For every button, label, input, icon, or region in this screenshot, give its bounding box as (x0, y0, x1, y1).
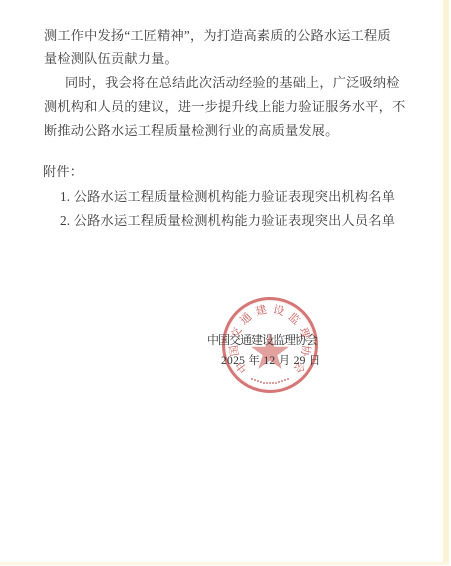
attachment-item: 1. 公路水运工程质量检测机构能力验证表现突出机构名单 (60, 190, 395, 203)
body-line: 量检测队伍贡献力量。 (44, 52, 178, 65)
body-line: 同时，我会将在总结此次活动经验的基础上，广泛吸纳检 (65, 76, 400, 89)
attachments-label: 附件： (43, 165, 83, 178)
signature-organization: 中国交通建设监理协会 (207, 334, 317, 346)
body-line: 断推动公路水运工程质量检测行业的高质量发展。 (44, 124, 339, 137)
page-edge-stripe-bottom (0, 562, 449, 565)
body-line: 测机构和人员的建议，进一步提升线上能力验证服务水平，不 (44, 100, 405, 113)
page-edge-stripe-right (443, 0, 449, 563)
body-line: 测工作中发扬“工匠精神”，为打造高素质的公路水运工程质 (44, 29, 391, 42)
attachment-item: 2. 公路水运工程质量检测机构能力验证表现突出人员名单 (60, 214, 395, 227)
signature-date: 2025 年 12 月 29 日 (221, 356, 321, 368)
document-page: 测工作中发扬“工匠精神”，为打造高素质的公路水运工程质 量检测队伍贡献力量。 同… (0, 0, 451, 566)
